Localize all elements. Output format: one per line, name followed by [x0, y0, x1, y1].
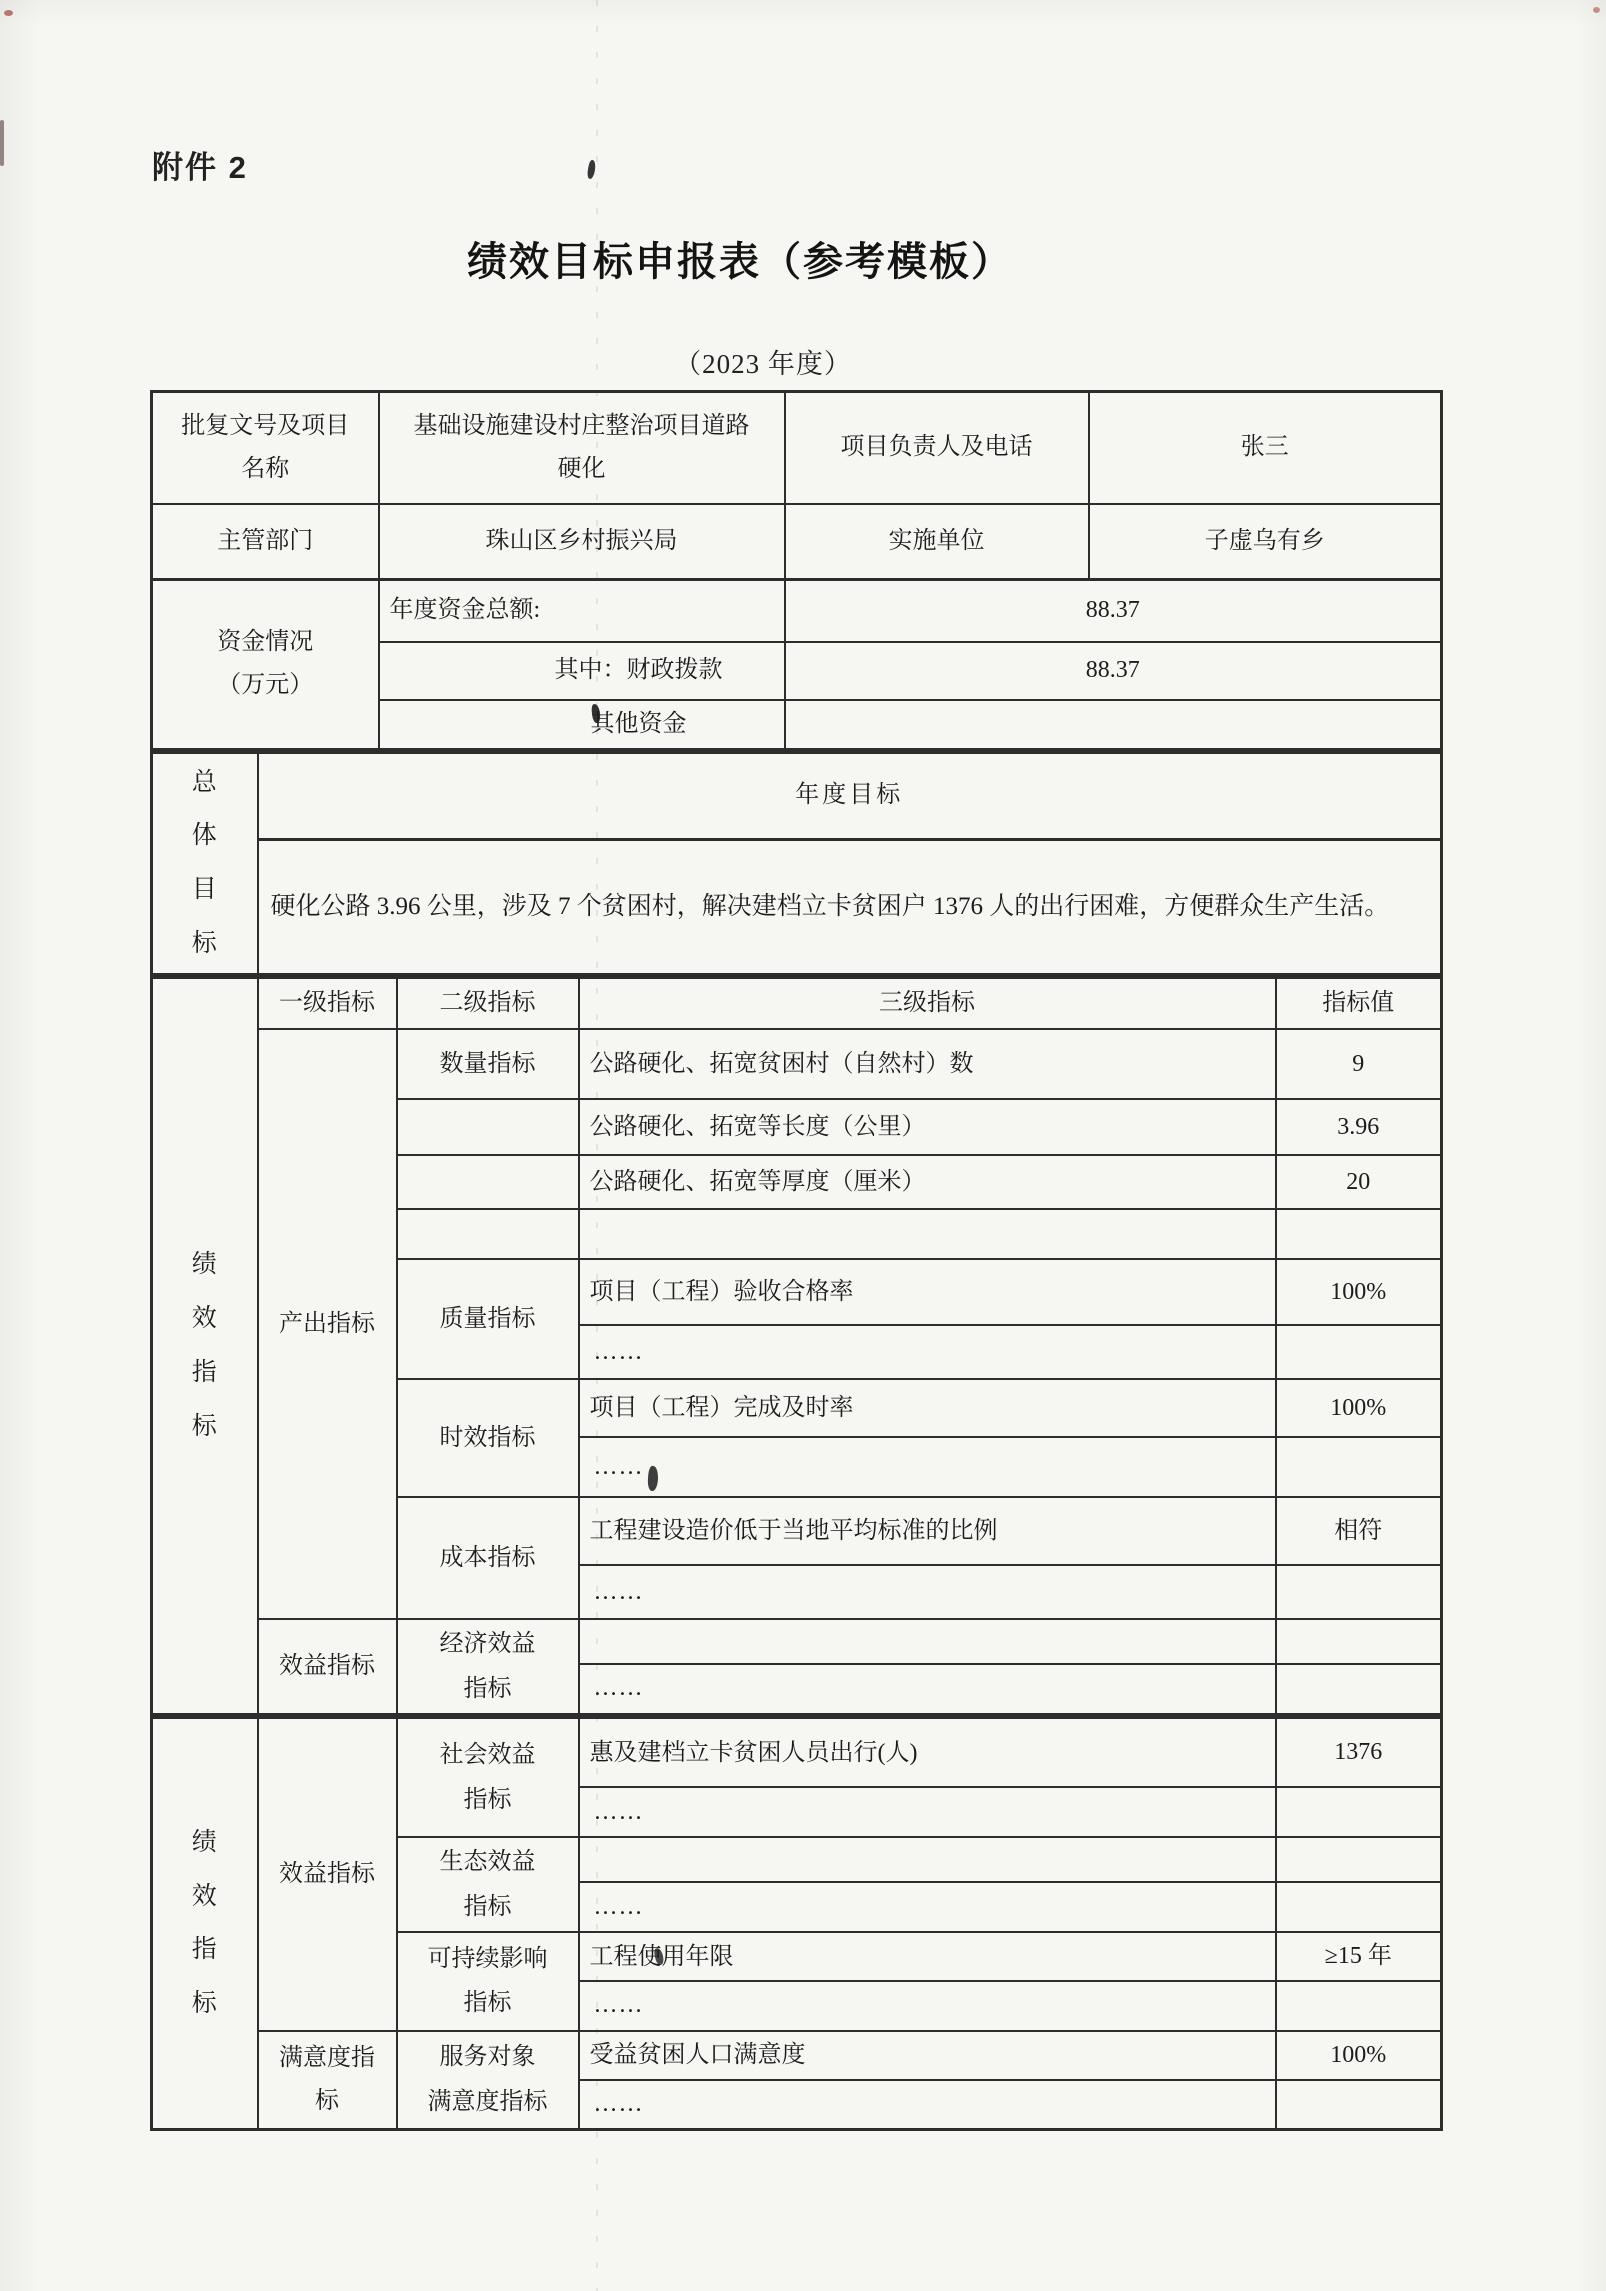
scan-artifact [4, 10, 13, 16]
indicator-name: 公路硬化、拓宽等长度（公里） [579, 1099, 1276, 1155]
level1-satisfaction-label: 满意度指 标 [258, 2031, 397, 2130]
indicator-table-output: 绩 效 指 标 一级指标 二级指标 三级指标 指标值 产出指标 数量指标 公路硬… [150, 976, 1443, 1716]
indicator-value [1276, 1325, 1442, 1379]
indicator-value: 9 [1276, 1029, 1442, 1099]
table-row: 主管部门 珠山区乡村振兴局 实施单位 子虚乌有乡 [152, 504, 1442, 580]
ellipsis-row: …… [579, 1787, 1276, 1837]
level2-quality-label: 质量指标 [397, 1259, 579, 1379]
performance-side-label: 绩 效 指 标 [152, 977, 258, 1714]
indicator-value: 100% [1276, 2031, 1442, 2080]
indicator-value [1276, 1209, 1442, 1259]
level2-service-target-label: 服务对象 满意度指标 [397, 2031, 579, 2130]
funding-fiscal-value: 88.37 [785, 642, 1442, 700]
level2-cost-label: 成本指标 [397, 1497, 579, 1619]
level2-sustainability-label: 可持续影响 指标 [397, 1932, 579, 2030]
indicator-name: 项目（工程）验收合格率 [579, 1259, 1276, 1325]
table-row: 硬化公路 3.96 公里，涉及 7 个贫困村，解决建档立卡贫困户 1376 人的… [152, 840, 1442, 974]
funding-fiscal-label: 其中：财政拨款 [379, 642, 785, 700]
level2-empty [397, 1209, 579, 1259]
table-row: 效益指标 经济效益 指标 [152, 1619, 1442, 1664]
indicator-value [1276, 1619, 1442, 1664]
table-row: 产出指标 数量指标 公路硬化、拓宽贫困村（自然村）数 9 [152, 1029, 1442, 1099]
level2-empty [397, 1099, 579, 1155]
level2-social-label: 社会效益 指标 [397, 1717, 579, 1837]
annual-goal-text: 硬化公路 3.96 公里，涉及 7 个贫困村，解决建档立卡贫困户 1376 人的… [258, 840, 1442, 974]
level2-header: 二级指标 [397, 977, 579, 1029]
indicator-value [1276, 1565, 1442, 1619]
indicator-value: 3.96 [1276, 1099, 1442, 1155]
funding-total-label: 年度资金总额: [379, 580, 785, 642]
ellipsis-row: …… [579, 1565, 1276, 1619]
scan-artifact [1593, 7, 1600, 13]
level2-quantity-label: 数量指标 [397, 1029, 579, 1099]
indicator-value [1276, 1837, 1442, 1882]
scanned-document-page: { "page": { "attachment": "附件 2", "title… [0, 0, 1606, 2291]
indicator-table-benefit: 绩 效 指 标 效益指标 社会效益 指标 惠及建档立卡贫困人员出行(人) 137… [150, 1716, 1443, 2131]
project-manager-label: 项目负责人及电话 [785, 392, 1089, 504]
form-subtitle: （2023 年度） [0, 342, 1526, 381]
table-row: 绩 效 指 标 一级指标 二级指标 三级指标 指标值 [152, 977, 1442, 1029]
level2-economic-label: 经济效益 指标 [397, 1619, 579, 1714]
form-sheet: 批复文号及项目 名称 基础设施建设村庄整治项目道路 硬化 项目负责人及电话 张三… [150, 390, 1440, 2131]
ellipsis-row: …… [579, 1882, 1276, 1932]
indicator-name: 公路硬化、拓宽等厚度（厘米） [579, 1155, 1276, 1209]
level1-header: 一级指标 [258, 977, 397, 1029]
scan-artifact [0, 120, 4, 166]
overall-goal-side-label: 总 体 目 标 [152, 752, 258, 974]
indicator-value [1276, 1787, 1442, 1837]
overall-goal-table: 总 体 目 标 年度目标 硬化公路 3.96 公里，涉及 7 个贫困村，解决建档… [150, 751, 1443, 976]
indicator-value: 100% [1276, 1379, 1442, 1437]
indicator-name: 工程使用年限 [579, 1932, 1276, 1981]
level1-output-label: 产出指标 [258, 1029, 397, 1619]
funding-other-value [785, 700, 1442, 750]
table-row: 批复文号及项目 名称 基础设施建设村庄整治项目道路 硬化 项目负责人及电话 张三 [152, 392, 1442, 504]
table-row: 满意度指 标 服务对象 满意度指标 受益贫困人口满意度 100% [152, 2031, 1442, 2080]
funding-total-value: 88.37 [785, 580, 1442, 642]
scan-artifact [586, 160, 596, 180]
implementing-unit-value: 子虚乌有乡 [1089, 504, 1442, 580]
competent-dept-value: 珠山区乡村振兴局 [379, 504, 785, 580]
level1-benefit-label: 效益指标 [258, 1619, 397, 1714]
indicator-name: 工程建设造价低于当地平均标准的比例 [579, 1497, 1276, 1565]
indicator-value: 相符 [1276, 1497, 1442, 1565]
project-manager-value: 张三 [1089, 392, 1442, 504]
value-header: 指标值 [1276, 977, 1442, 1029]
ellipsis-row: …… [579, 1437, 1276, 1497]
funding-other-label: 其他资金 [379, 700, 785, 750]
level1-benefit-label: 效益指标 [258, 1717, 397, 2030]
table-row: 资金情况 （万元） 年度资金总额: 88.37 [152, 580, 1442, 642]
indicator-value [1276, 1882, 1442, 1932]
indicator-name: 受益贫困人口满意度 [579, 2031, 1276, 2080]
performance-side-label: 绩 效 指 标 [152, 1717, 258, 2129]
table-row: 总 体 目 标 年度目标 [152, 752, 1442, 840]
ellipsis-row: …… [579, 2080, 1276, 2130]
table-row: 绩 效 指 标 效益指标 社会效益 指标 惠及建档立卡贫困人员出行(人) 137… [152, 1717, 1442, 1787]
indicator-name [579, 1619, 1276, 1664]
indicator-name: 惠及建档立卡贫困人员出行(人) [579, 1717, 1276, 1787]
annual-goal-header: 年度目标 [258, 752, 1442, 840]
indicator-value [1276, 1437, 1442, 1497]
indicator-value: ≥15 年 [1276, 1932, 1442, 1981]
ellipsis-row: …… [579, 1981, 1276, 2030]
indicator-value: 1376 [1276, 1717, 1442, 1787]
level3-header: 三级指标 [579, 977, 1276, 1029]
indicator-name: 公路硬化、拓宽贫困村（自然村）数 [579, 1029, 1276, 1099]
indicator-value: 100% [1276, 1259, 1442, 1325]
funding-section-label: 资金情况 （万元） [152, 580, 379, 750]
ellipsis-row: …… [579, 1325, 1276, 1379]
indicator-name [579, 1837, 1276, 1882]
form-title: 绩效目标申报表（参考模板） [0, 230, 1480, 287]
level2-timeliness-label: 时效指标 [397, 1379, 579, 1497]
indicator-value [1276, 2080, 1442, 2130]
info-funding-table: 批复文号及项目 名称 基础设施建设村庄整治项目道路 硬化 项目负责人及电话 张三… [150, 390, 1443, 751]
level2-ecological-label: 生态效益 指标 [397, 1837, 579, 1932]
indicator-value: 20 [1276, 1155, 1442, 1209]
ellipsis-row: …… [579, 1664, 1276, 1715]
attachment-label: 附件 2 [152, 142, 248, 187]
implementing-unit-label: 实施单位 [785, 504, 1089, 580]
level2-empty [397, 1155, 579, 1209]
approval-number-label: 批复文号及项目 名称 [152, 392, 379, 504]
indicator-value [1276, 1981, 1442, 2030]
indicator-name: 项目（工程）完成及时率 [579, 1379, 1276, 1437]
competent-dept-label: 主管部门 [152, 504, 379, 580]
indicator-value [1276, 1664, 1442, 1715]
indicator-name [579, 1209, 1276, 1259]
project-name-value: 基础设施建设村庄整治项目道路 硬化 [379, 392, 785, 504]
